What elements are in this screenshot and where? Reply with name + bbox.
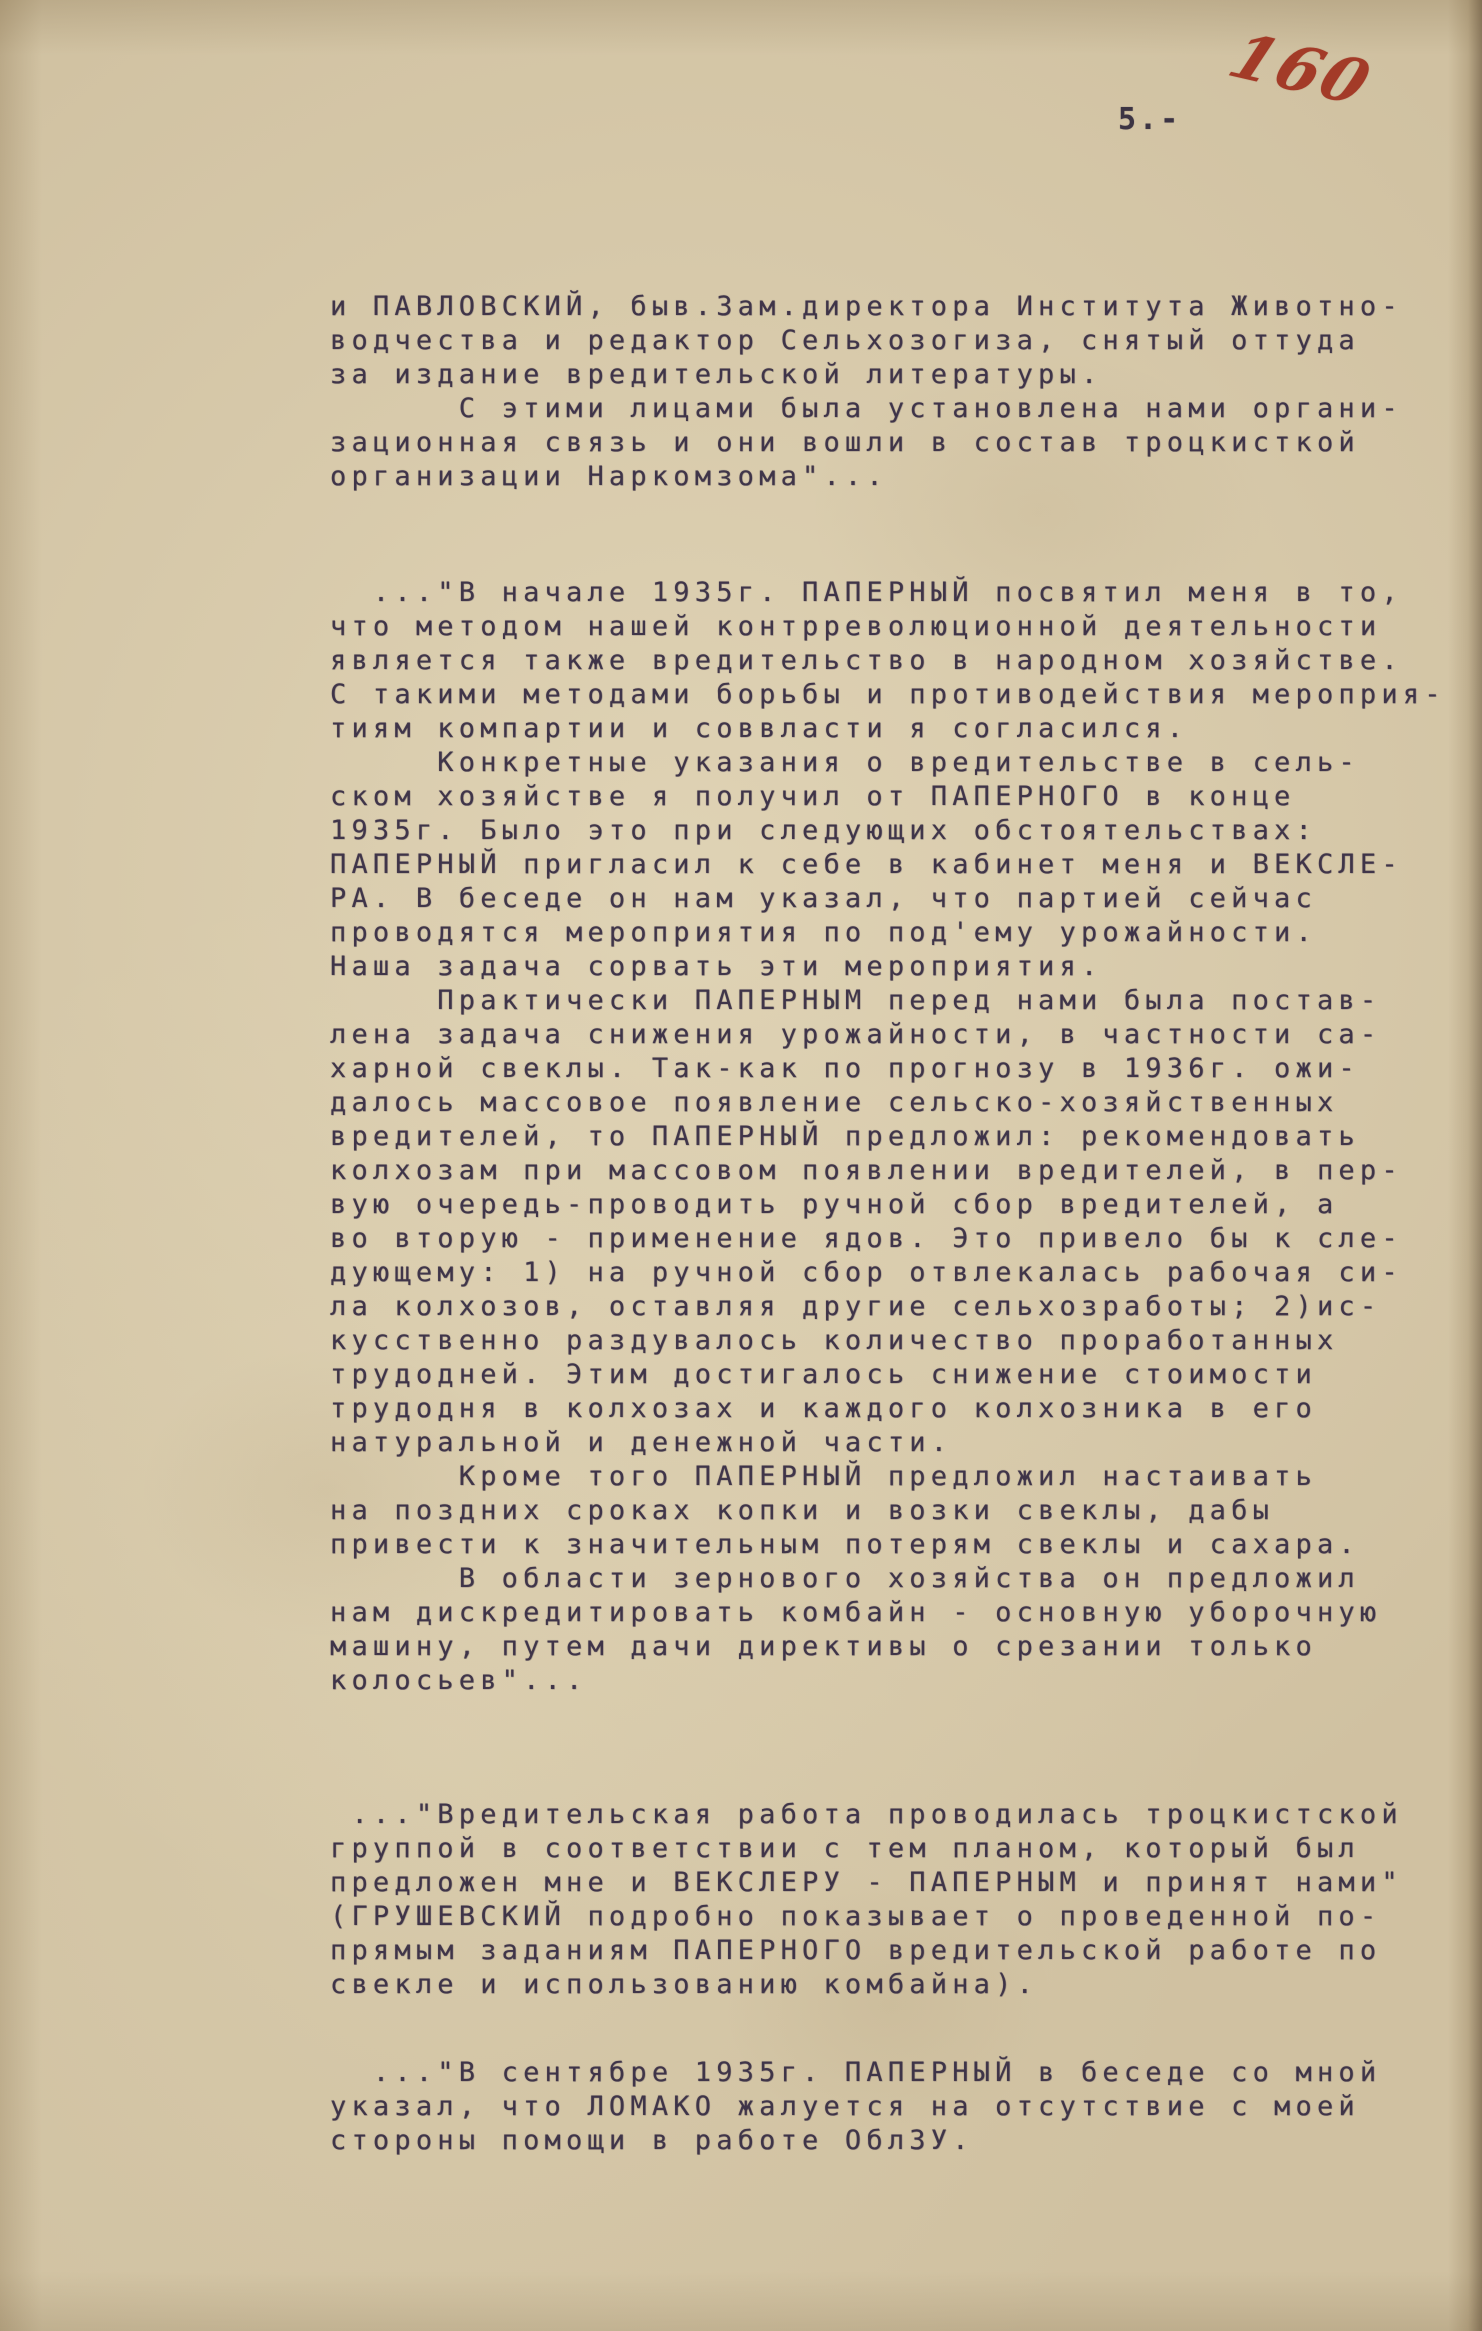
paragraph-september-1935: ..."В сентябре 1935г. ПАПЕРНЫЙ в беседе … — [330, 2056, 1381, 2158]
typed-page-number: 5.- — [1118, 102, 1181, 137]
paragraph-pavlovsky: и ПАВЛОВСКИЙ, быв.Зам.директора Институт… — [330, 290, 1403, 494]
paragraph-wrecking-work: ..."Вредительская работа проводилась тро… — [330, 1798, 1403, 2002]
handwritten-page-number: 160 — [1219, 20, 1383, 119]
scanned-document-page: 160 5.- и ПАВЛОВСКИЙ, быв.Зам.директора … — [0, 0, 1482, 2331]
paragraph-testimony-1935: ..."В начале 1935г. ПАПЕРНЫЙ посвятил ме… — [330, 576, 1446, 1698]
